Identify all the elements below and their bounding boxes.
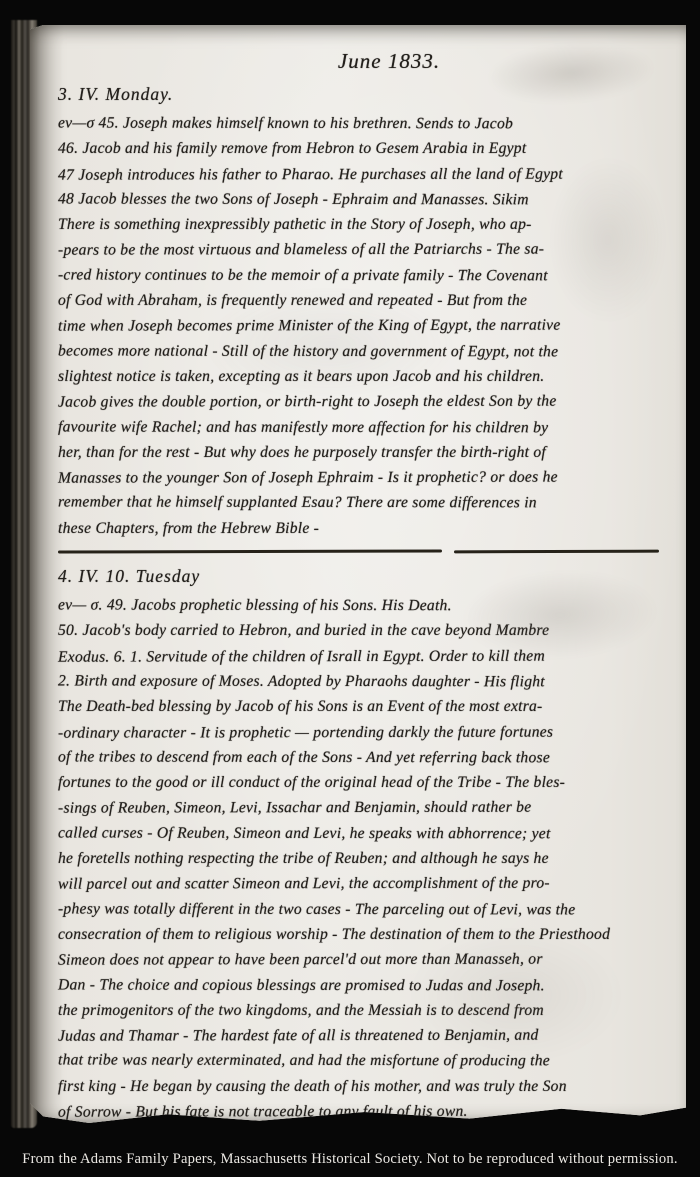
entry-date-title: June 1833. (58, 49, 680, 74)
manuscript-line: 46. Jacob and his family remove from Heb… (58, 136, 680, 161)
manuscript-line: Dan - The choice and copious blessings a… (58, 972, 680, 998)
manuscript-line: -phesy was totally different in the two … (58, 896, 680, 922)
manuscript-line: will parcel out and scatter Simeon and L… (58, 871, 680, 898)
manuscript-line: ev—σ 45. Joseph makes himself known to h… (58, 110, 680, 136)
manuscript-line: 48 Jacob blesses the two Sons of Joseph … (58, 186, 680, 212)
manuscript-line: consecration of them to religious worshi… (58, 922, 680, 947)
manuscript-line: Jacob gives the double portion, or birth… (58, 389, 680, 416)
manuscript-line: ev— σ. 49. Jacobs prophetic blessing of … (58, 593, 680, 619)
manuscript-line: The Death-bed blessing by Jacob of his S… (58, 694, 680, 719)
manuscript-line: 47 Joseph introduces his father to Phara… (58, 161, 680, 188)
manuscript-line: -ordinary character - It is prophetic — … (58, 719, 680, 746)
manuscript-line: time when Joseph becomes prime Minister … (58, 313, 680, 340)
separator-segment (454, 550, 659, 554)
entry-body: ev— σ. 49. Jacobs prophetic blessing of … (58, 593, 680, 1123)
diary-entry-monday: 3. IV. Monday. ev—σ 45. Joseph makes him… (58, 84, 680, 541)
diary-entry-tuesday: 4. IV. 10. Tuesday ev— σ. 49. Jacobs pro… (58, 566, 680, 1123)
manuscript-line: Simeon does not appear to have been parc… (58, 947, 680, 974)
manuscript-line: favourite wife Rachel; and has manifestl… (58, 414, 680, 440)
manuscript-line: becomes more national - Still of the his… (58, 338, 680, 364)
manuscript-line: Manasses to the younger Son of Joseph Ep… (58, 465, 680, 492)
manuscript-line: first king - He began by causing the dea… (58, 1074, 680, 1099)
entry-body: ev—σ 45. Joseph makes himself known to h… (58, 111, 680, 541)
manuscript-line: that tribe was nearly exterminated, and … (58, 1048, 680, 1074)
scan-frame: June 1833. 3. IV. Monday. ev—σ 45. Josep… (0, 0, 700, 1177)
manuscript-line: of the tribes to descend from each of th… (58, 744, 680, 770)
manuscript-line: Judas and Thamar - The hardest fate of a… (58, 1022, 680, 1049)
separator-segment (58, 550, 442, 554)
entry-heading: 4. IV. 10. Tuesday (58, 566, 680, 587)
manuscript-line: 2. Birth and exposure of Moses. Adopted … (58, 668, 680, 694)
manuscript-line: There is something inexpressibly patheti… (58, 212, 680, 237)
manuscript-line: of God with Abraham, is frequently renew… (58, 288, 680, 313)
manuscript-line: called curses - Of Reuben, Simeon and Le… (58, 820, 680, 846)
manuscript-line: the primogenitors of the two kingdoms, a… (58, 998, 680, 1023)
manuscript-line: slightest notice is taken, excepting as … (58, 364, 680, 389)
manuscript-line: of Sorrow - But his fate is not traceabl… (58, 1098, 680, 1123)
manuscript-line: Exodus. 6. 1. Servitude of the children … (58, 643, 680, 670)
entry-heading: 3. IV. Monday. (58, 84, 680, 105)
manuscript-page: June 1833. 3. IV. Monday. ev—σ 45. Josep… (30, 25, 686, 1123)
manuscript-line: her, than for the rest - But why does he… (58, 440, 680, 465)
manuscript-line: he foretells nothing respecting the trib… (58, 846, 680, 871)
manuscript-line: these Chapters, from the Hebrew Bible - (58, 516, 680, 541)
attribution-caption: From the Adams Family Papers, Massachuse… (0, 1151, 700, 1168)
manuscript-line: 50. Jacob's body carried to Hebron, and … (58, 618, 680, 643)
manuscript-line: remember that he himself supplanted Esau… (58, 490, 680, 516)
manuscript-line: -cred history continues to be the memoir… (58, 262, 680, 288)
entry-separator-rule (58, 550, 678, 554)
manuscript-line: -sings of Reuben, Simeon, Levi, Issachar… (58, 795, 680, 822)
manuscript-line: fortunes to the good or ill conduct of t… (58, 770, 680, 795)
manuscript-line: -pears to be the most virtuous and blame… (58, 237, 680, 264)
